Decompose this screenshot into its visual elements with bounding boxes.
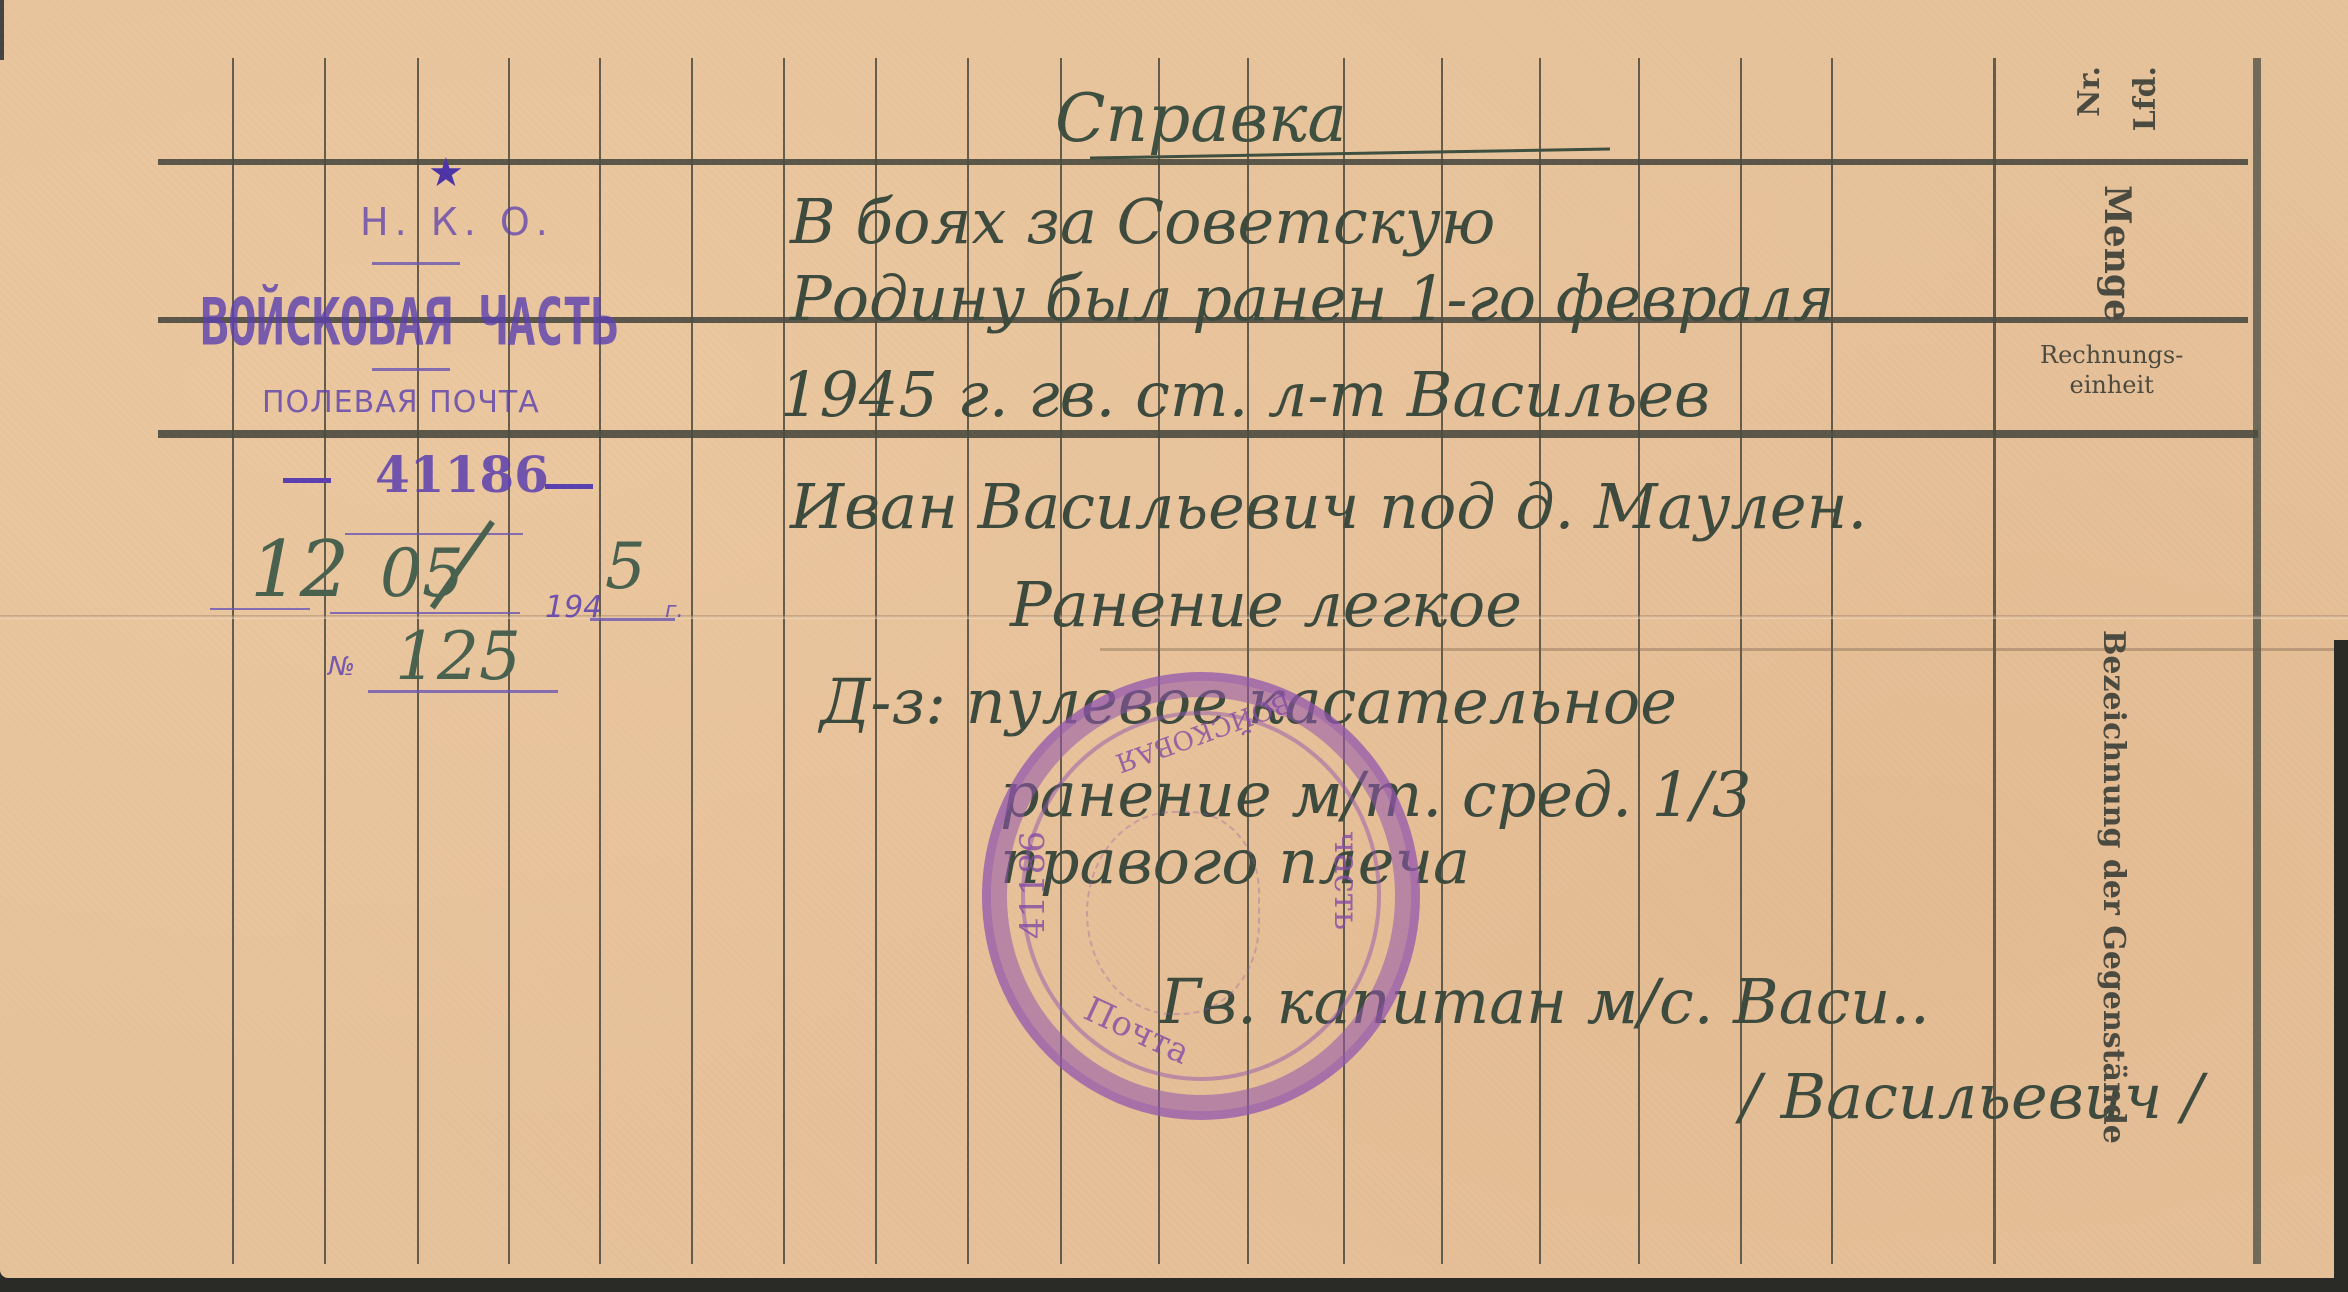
column-header-menge: Menge <box>2096 185 2138 322</box>
text-line-1: В боях за Советскую <box>790 185 1495 258</box>
grid-vline <box>324 58 326 1264</box>
column-header-rechnungseinheit: Rechnungs- einheit <box>2040 340 2183 400</box>
text-line-4: Иван Васильевич под д. Маулен. <box>790 470 1867 543</box>
stamp-year-unit: г. <box>665 598 684 623</box>
stamp-divider <box>372 368 450 371</box>
grid-vline <box>1539 58 1541 1264</box>
seal-emblem-icon <box>1086 811 1260 1015</box>
stamp-field-post-label: ПОЛЕВАЯ ПОЧТА <box>262 385 540 420</box>
star-icon: ★ <box>428 150 464 196</box>
number-value: 125 <box>395 618 521 695</box>
date-underline <box>330 612 520 614</box>
column-header-nr: Nr. <box>2072 66 2107 117</box>
signature-name: / Васильевич / <box>1740 1060 2203 1133</box>
grid-vline <box>783 58 785 1264</box>
stamp-field-post-number: 41186 <box>375 445 549 504</box>
fold-crease-right <box>1100 648 2348 651</box>
column-header-bezeichnung: Bezeichnung der Gegenstände <box>2096 630 2131 1144</box>
scan-edge-right <box>2334 640 2348 1280</box>
grid-hline-top <box>158 159 2248 165</box>
paper-left-edge <box>0 0 4 60</box>
column-header-unit-line1: Rechnungs- <box>2040 340 2183 370</box>
text-line-3: 1945 г. гв. ст. л-т Васильев <box>780 358 1710 431</box>
date-day: 12 <box>250 525 349 615</box>
text-line-5: Ранение легкое <box>1010 568 1522 641</box>
grid-hline-header-bottom <box>158 430 2258 438</box>
stamp-org: Н. К. О. <box>360 200 554 244</box>
column-header-lfd: Lfd. <box>2128 66 2163 131</box>
document-paper: ★ Н. К. О. ВОЙСКОВАЯ ЧАСТЬ ПОЛЕВАЯ ПОЧТА… <box>0 0 2348 1278</box>
grid-vline <box>1638 58 1640 1264</box>
seal-text-left: 41186 <box>1013 831 1053 939</box>
grid-vline <box>232 58 234 1264</box>
text-line-2: Родину был ранен 1-го февраля <box>790 262 1834 335</box>
stamp-number-label: № <box>328 652 355 682</box>
round-seal: 41186 ВОЙСКОВАЯ часть Почта <box>982 672 1420 1120</box>
seal-text-right: часть <box>1326 831 1366 930</box>
stamp-divider <box>372 262 460 265</box>
document-title: Справка <box>1055 80 1347 157</box>
grid-vline <box>691 58 693 1264</box>
date-underline <box>590 618 675 621</box>
stamp-dash <box>545 484 593 489</box>
column-header-unit-line2: einheit <box>2040 370 2183 400</box>
grid-vline <box>599 58 601 1264</box>
stamp-unit-label: ВОЙСКОВАЯ ЧАСТЬ <box>200 285 618 361</box>
date-year-suffix: 5 <box>605 530 646 604</box>
stamp-dash <box>283 478 331 483</box>
grid-border-right <box>2253 58 2261 1264</box>
